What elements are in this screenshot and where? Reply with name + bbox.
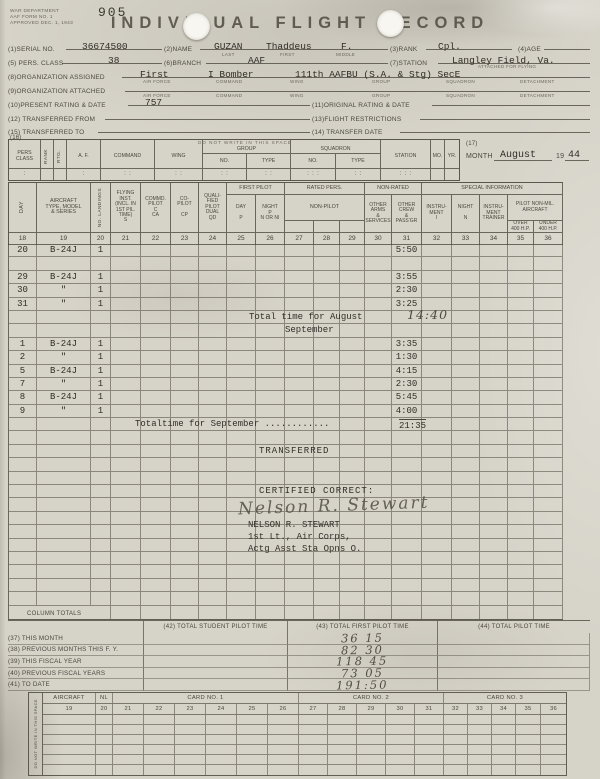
flight-cell: [508, 311, 534, 323]
card-column-number: 29: [357, 704, 386, 714]
card-column-number: 24: [206, 704, 237, 714]
flight-cell: [91, 498, 111, 510]
flight-cell: [480, 565, 508, 577]
summary-row: (38) PREVIOUS MONTHS THIS F. Y.82 30: [8, 645, 590, 657]
card-column-number: 22: [144, 704, 175, 714]
flight-cell: [285, 458, 314, 470]
do-not-write-side-label: DO NOT WRITE IN THIS SPACE: [33, 699, 38, 769]
landings-cell: 1: [91, 405, 111, 417]
total-pilot-header: (44) TOTAL PILOT TIME: [437, 621, 590, 633]
flight-cell: [285, 431, 314, 443]
flight-row: 1B-24J13:35: [9, 338, 563, 351]
flight-cell: [256, 284, 285, 296]
signature-rank-line: 1st Lt., Air Corps,: [248, 532, 351, 542]
flight-cell: [91, 565, 111, 577]
flight-cell: [141, 445, 171, 457]
time-cell: 4:00: [392, 405, 422, 417]
col-under-400-header: UNDER 400 H.P.: [534, 221, 563, 233]
card-empty-cell: [415, 725, 444, 734]
flight-cell: [534, 257, 563, 269]
flight-cell: [452, 311, 480, 323]
flight-cell: [340, 405, 365, 417]
flight-cell: [91, 257, 111, 269]
present-rating-label: (10)PRESENT RATING & DATE: [8, 102, 106, 109]
flight-cell: [171, 431, 199, 443]
flight-cell: [285, 298, 314, 310]
column-totals-row: COLUMN TOTALS: [8, 606, 563, 620]
aircraft-cell: ": [37, 405, 91, 417]
col-aircraft-header: AIRCRAFT TYPE, MODEL & SERIES: [37, 183, 91, 233]
flight-cell: [365, 458, 392, 470]
flight-cell: [480, 431, 508, 443]
august-total-label: Total time for August: [249, 312, 362, 322]
flight-cell: [508, 539, 534, 551]
flight-cell: [340, 298, 365, 310]
card-empty-cell: [43, 735, 96, 744]
flight-cell: [199, 405, 227, 417]
flight-cell: [422, 552, 452, 564]
flight-cell: [365, 338, 392, 350]
flight-cell: [37, 498, 91, 510]
branch-value: AAF: [248, 55, 265, 66]
first-pilot-time-value: 191:50: [336, 677, 389, 692]
card-empty-cell: [237, 765, 268, 775]
flight-cell: [508, 338, 534, 350]
card-empty-cell: [492, 735, 516, 744]
flight-cell: [365, 445, 392, 457]
card-table-side-strip: DO NOT WRITE IN THIS SPACE: [29, 693, 43, 775]
flight-cell: [480, 592, 508, 604]
flight-cell: [111, 592, 141, 604]
flight-cell: [340, 365, 365, 377]
flight-cell: [365, 324, 392, 336]
b16-rank: RANK: [44, 149, 50, 164]
flight-cell: [365, 391, 392, 403]
flight-cell: [171, 445, 199, 457]
flight-cell: [227, 378, 256, 390]
flight-cell: [534, 445, 563, 457]
flight-cell: [452, 525, 480, 537]
flight-cell: [508, 565, 534, 577]
flight-cell: [37, 324, 91, 336]
flight-cell: [508, 405, 534, 417]
card-column-number: 34: [492, 704, 516, 714]
age-label: (4)AGE: [518, 46, 541, 53]
flight-cell: [452, 298, 480, 310]
flight-cell: [111, 579, 141, 591]
tick-marks: :: [67, 168, 100, 180]
card-empty-cell: [541, 755, 566, 764]
flight-cell: [340, 445, 365, 457]
flight-cell: [9, 458, 37, 470]
card3-header: CARD NO. 3: [444, 693, 566, 703]
flight-cell: [452, 445, 480, 457]
flight-cell: [422, 565, 452, 577]
flight-cell: [111, 525, 141, 537]
org-assigned-label: (8)ORGANIZATION ASSIGNED: [8, 74, 105, 81]
card-empty-cell: [206, 715, 237, 724]
flight-cell: [392, 552, 422, 564]
flight-cell: [422, 512, 452, 524]
col-instrument-header: INSTRU- MENT I: [422, 195, 452, 233]
flight-cell: [314, 365, 340, 377]
flight-cell: [480, 458, 508, 470]
summary-row: (39) THIS FISCAL YEAR118 45: [8, 656, 590, 668]
card-empty-cell: [96, 725, 113, 734]
flight-cell: [508, 512, 534, 524]
flight-cell: [508, 498, 534, 510]
flight-cell: [227, 579, 256, 591]
flight-cell: [171, 485, 199, 497]
flight-cell: [365, 311, 392, 323]
punch-hole: [183, 13, 210, 40]
aircraft-cell: B-24J: [37, 365, 91, 377]
name-last: GUZAN: [214, 41, 243, 52]
flight-cell: [340, 565, 365, 577]
tick-marks: : :: [101, 168, 154, 180]
flight-cell: [111, 257, 141, 269]
flight-cell: [141, 539, 171, 551]
student-pilot-time-cell: [143, 679, 287, 691]
punch-hole: [377, 10, 404, 37]
flight-cell: [508, 244, 534, 256]
flight-cell: [171, 498, 199, 510]
flight-cell: [452, 418, 480, 430]
flight-cell: [508, 351, 534, 363]
card-empty-cell: [268, 765, 299, 775]
time-cell: 1:30: [392, 351, 422, 363]
flight-cell: [314, 472, 340, 484]
flight-cell: [141, 565, 171, 577]
flight-cell: [340, 324, 365, 336]
card-empty-cell: [268, 735, 299, 744]
card-empty-cell: [96, 765, 113, 775]
flight-cell: [452, 244, 480, 256]
flight-cell: [141, 512, 171, 524]
flight-cell: [534, 391, 563, 403]
flight-cell: [91, 445, 111, 457]
col-night-header: NIGHT N: [452, 195, 480, 233]
flight-cell: [141, 271, 171, 283]
aircraft-cell: ": [37, 284, 91, 296]
signature-title-line: Actg Asst Sta Opns O.: [248, 544, 361, 554]
column-totals-cell: [508, 606, 534, 619]
flight-cell: [480, 512, 508, 524]
flight-cell: [256, 365, 285, 377]
card-empty-cell: [386, 725, 415, 734]
branch-label: (6)BRANCH: [164, 60, 201, 67]
card-column-number: 33: [468, 704, 492, 714]
day-cell: 5: [9, 365, 37, 377]
flight-cell: [256, 565, 285, 577]
landings-cell: 1: [91, 271, 111, 283]
flight-cell: [227, 244, 256, 256]
card-empty-cell: [328, 735, 357, 744]
flight-cell: [111, 485, 141, 497]
flight-cell: [365, 365, 392, 377]
col-qualified-header: QUALI- FIED PILOT DUAL QD: [199, 183, 227, 233]
flight-cell: [365, 525, 392, 537]
flight-cell: [227, 271, 256, 283]
flight-cell: [171, 257, 199, 269]
flight-row: 8B-24J15:45: [9, 391, 563, 404]
flight-cell: [452, 565, 480, 577]
flight-cell: [37, 579, 91, 591]
flight-cell: [422, 418, 452, 430]
flight-cell: [199, 539, 227, 551]
flight-cell: [91, 458, 111, 470]
total-student-pilot-header: (42) TOTAL STUDENT PILOT TIME: [143, 621, 287, 633]
flight-row: [9, 565, 563, 578]
flight-cell: [534, 565, 563, 577]
card-empty-cell: [113, 755, 144, 764]
card-empty-cell: [415, 735, 444, 744]
flight-cell: [422, 579, 452, 591]
flight-cell: [365, 431, 392, 443]
flight-cell: [9, 445, 37, 457]
flight-cell: [365, 284, 392, 296]
column-totals-cell: [199, 606, 227, 619]
flight-cell: [141, 405, 171, 417]
box17-number: (17): [466, 141, 477, 147]
day-cell: 30: [9, 284, 37, 296]
flight-row: [9, 257, 563, 270]
card-empty-cell: [415, 715, 444, 724]
flight-cell: [452, 271, 480, 283]
flight-cell: [141, 391, 171, 403]
flight-row: 7"12:30: [9, 378, 563, 391]
flight-cell: [111, 498, 141, 510]
flight-cell: [37, 552, 91, 564]
card-empty-row: [43, 765, 566, 775]
flight-cell: [227, 284, 256, 296]
card-empty-cell: [357, 765, 386, 775]
flight-cell: [256, 244, 285, 256]
flight-cell: [9, 512, 37, 524]
flight-cell: [365, 298, 392, 310]
flight-cell: [111, 324, 141, 336]
flight-cell: [171, 592, 199, 604]
flight-cell: [227, 592, 256, 604]
flight-cell: [508, 365, 534, 377]
pilot-time-cell: [437, 645, 590, 657]
flight-cell: [199, 338, 227, 350]
flight-table-header: DAY AIRCRAFT TYPE, MODEL & SERIES NO. LA…: [8, 182, 563, 245]
flight-cell: [422, 351, 452, 363]
flight-cell: [141, 431, 171, 443]
card-empty-cell: [299, 755, 328, 764]
aircraft-cell: ": [37, 351, 91, 363]
flight-cell: [9, 565, 37, 577]
flight-cell: [340, 472, 365, 484]
card-empty-row: [43, 735, 566, 745]
flight-cell: [199, 271, 227, 283]
summary-row: (41) TO DATE191:50: [8, 679, 590, 691]
flight-cell: [452, 485, 480, 497]
flight-row: CERTIFIED CORRECT:: [9, 485, 563, 498]
flight-cell: [508, 324, 534, 336]
card-empty-cell: [492, 715, 516, 724]
landings-cell: 1: [91, 338, 111, 350]
col-co-pilot-header: CO- PILOT CP: [171, 183, 199, 233]
flight-cell: [422, 244, 452, 256]
card-empty-cell: [492, 745, 516, 754]
column-totals-cell: [422, 606, 452, 619]
card-empty-cell: [206, 745, 237, 754]
card-empty-cell: [175, 765, 206, 775]
flight-cell: [534, 311, 563, 323]
flight-cell: [37, 418, 91, 430]
transfer-date-line: [400, 123, 590, 133]
col-day-header: DAY: [20, 201, 25, 213]
card-empty-cell: [468, 735, 492, 744]
card-empty-cell: [541, 735, 566, 744]
flight-cell: [480, 445, 508, 457]
flight-cell: [480, 298, 508, 310]
flight-cell: [285, 365, 314, 377]
card-empty-row: [43, 725, 566, 735]
flight-cell: [534, 365, 563, 377]
flight-cell: [452, 324, 480, 336]
flight-row: TRANSFERRED: [9, 445, 563, 458]
col-instr-trainer-header: INSTRU- MENT TRAINER: [480, 195, 508, 233]
flight-cell: [285, 378, 314, 390]
summary-section: (42) TOTAL STUDENT PILOT TIME (43) TOTAL…: [8, 620, 590, 691]
pers-class-value: 38: [108, 55, 119, 66]
flight-cell: [452, 405, 480, 417]
flight-cell: [9, 418, 37, 430]
flight-cell: [171, 512, 199, 524]
student-pilot-time-cell: [143, 668, 287, 680]
flight-cell: [199, 391, 227, 403]
flight-cell: [91, 552, 111, 564]
aircraft-cell: B-24J: [37, 271, 91, 283]
flight-cell: [534, 405, 563, 417]
aircraft-cell: B-24J: [37, 338, 91, 350]
flight-row: 30"12:30: [9, 284, 563, 297]
flight-cell: [422, 365, 452, 377]
card-empty-cell: [444, 745, 468, 754]
flight-cell: [256, 351, 285, 363]
column-totals-cell: [452, 606, 480, 619]
flight-cell: [91, 472, 111, 484]
flight-cell: [285, 284, 314, 296]
card-empty-cell: [113, 765, 144, 775]
flight-cell: [256, 391, 285, 403]
transferred-from-line: [105, 110, 310, 120]
flight-cell: [365, 418, 392, 430]
flight-cell: [314, 257, 340, 269]
flight-cell: [91, 485, 111, 497]
aircraft-cell: ": [37, 378, 91, 390]
flight-cell: [141, 378, 171, 390]
flight-cell: [141, 485, 171, 497]
card-empty-cell: [468, 725, 492, 734]
summary-row: (37) THIS MONTH36 15: [8, 633, 590, 645]
card-empty-cell: [175, 735, 206, 744]
card-empty-cell: [328, 765, 357, 775]
year-value: 44: [568, 150, 580, 161]
flight-cell: [392, 579, 422, 591]
card-empty-cell: [468, 765, 492, 775]
flight-cell: [452, 378, 480, 390]
flight-cell: [452, 431, 480, 443]
flight-cell: [422, 257, 452, 269]
name-middle: F.: [341, 41, 352, 52]
flight-cell: [314, 271, 340, 283]
tick-marks: : :: [155, 168, 202, 180]
flight-cell: [422, 338, 452, 350]
flight-cell: [534, 338, 563, 350]
flight-cell: [141, 472, 171, 484]
card-column-number: 21: [113, 704, 144, 714]
first-pilot-group-header: FIRST PILOT: [227, 183, 285, 195]
summary-row-label: (38) PREVIOUS MONTHS THIS F. Y.: [8, 645, 143, 657]
card-column-number: 32: [444, 704, 468, 714]
column-totals-cell: [340, 606, 365, 619]
flight-cell: [534, 592, 563, 604]
card1-header: CARD NO. 1: [113, 693, 299, 703]
card-empty-cell: [492, 725, 516, 734]
day-cell: 7: [9, 378, 37, 390]
flight-cell: [111, 391, 141, 403]
first-pilot-time-cell: 191:50: [287, 679, 437, 691]
name-first: Thaddeus: [266, 41, 312, 52]
card-empty-cell: [113, 715, 144, 724]
rank-label: (3)RANK: [390, 46, 417, 53]
column-totals-cell: [392, 606, 422, 619]
flight-cell: [256, 458, 285, 470]
flight-cell: [452, 365, 480, 377]
b16-wing: WING: [155, 140, 202, 168]
tick-marks: :: [9, 168, 40, 180]
card-empty-cell: [328, 715, 357, 724]
day-cell: 31: [9, 298, 37, 310]
b16-group-type: TYPE: [247, 154, 290, 168]
flight-row: [9, 472, 563, 485]
card2-header: CARD NO. 2: [299, 693, 444, 703]
card-empty-cell: [268, 715, 299, 724]
box16-number: (16): [10, 135, 21, 141]
flight-cell: [37, 485, 91, 497]
flight-record-sheet: WAR DEPARTMENT AAF FORM NO. 1 APPROVED D…: [0, 0, 600, 779]
flight-row: 5B-24J14:15: [9, 365, 563, 378]
flight-cell: [480, 271, 508, 283]
flight-cell: [111, 244, 141, 256]
card-empty-cell: [541, 715, 566, 724]
student-pilot-time-cell: [143, 633, 287, 645]
card-column-number: 19: [43, 704, 96, 714]
flight-cell: [9, 525, 37, 537]
flight-cell: [256, 472, 285, 484]
card-empty-cell: [516, 715, 541, 724]
card-empty-cell: [516, 735, 541, 744]
landings-cell: 1: [91, 351, 111, 363]
b16-mo: MO.: [431, 140, 444, 168]
flight-cell: [199, 244, 227, 256]
flight-cell: [141, 324, 171, 336]
flight-cell: [392, 458, 422, 470]
card-empty-cell: [386, 755, 415, 764]
card-empty-cell: [468, 755, 492, 764]
flight-cell: [171, 552, 199, 564]
flight-cell: [199, 485, 227, 497]
card-empty-cell: [206, 755, 237, 764]
flight-cell: [199, 458, 227, 470]
flight-cell: [37, 431, 91, 443]
flight-cell: [508, 485, 534, 497]
flight-cell: [141, 592, 171, 604]
